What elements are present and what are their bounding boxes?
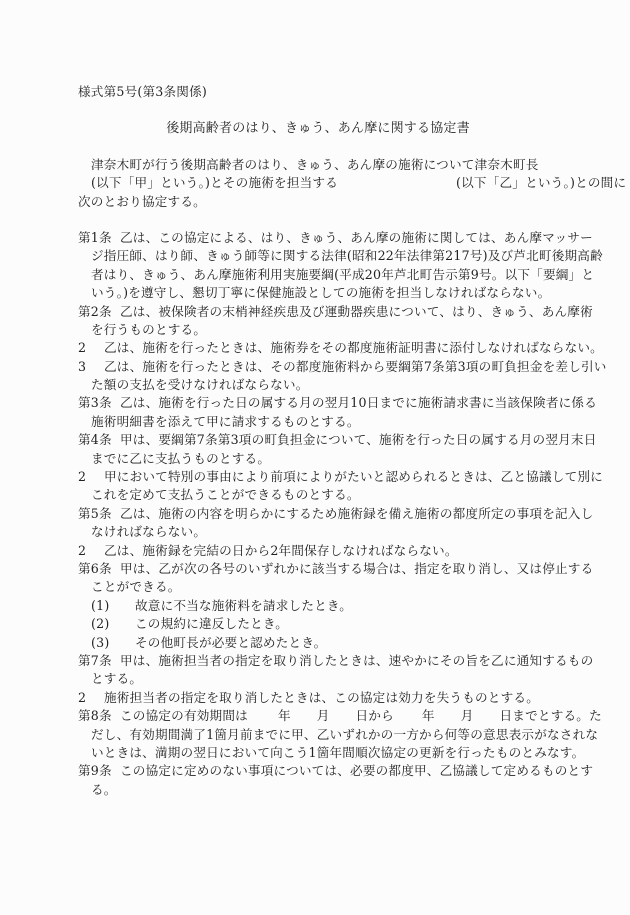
start-month-label: 月 (317, 708, 330, 723)
article-heading: 第5条 (78, 505, 120, 523)
article-text: 甲は、要綱第7条第3項の町負担金について、施術を行った日の属する月の翌月末日 (120, 432, 597, 447)
end-year-label: 年 (422, 708, 435, 723)
preamble-party-a-text: (以下「甲」という。)とその施術を担当する (91, 175, 338, 190)
article-heading: 第3条 (78, 394, 120, 412)
paragraph-text: 施術担当者の指定を取り消したときは、この協定は効力を失うものとする。 (104, 690, 539, 705)
article-7: 第7条甲は、施術担当者の指定を取り消したときは、速やかにその旨を乙に通知するもの… (78, 652, 556, 707)
agreement-document: 様式第5号(第3条関係) 後期高齢者のはり、きゅう、あん摩に関する協定書 津奈木… (78, 83, 556, 799)
article-3: 第3条乙は、施術を行った日の属する月の翌月10日までに施術請求書に当該保険者に係… (78, 394, 556, 431)
start-day-label: 日から (356, 708, 394, 723)
article-heading: 第7条 (78, 652, 120, 670)
paragraph-2: 2施術担当者の指定を取り消したときは、この協定は効力を失うものとする。 (78, 689, 556, 707)
preamble-line-1: 津奈木町が行う後期高齢者のはり、きゅう、あん摩の施術について津奈木町長 (78, 156, 556, 174)
paragraph-3: 3乙は、施術を行ったときは、その都度施術料から要綱第7条第3項の町負担金を差し引… (78, 358, 556, 376)
article-9: 第9条この協定に定めのない事項については、必要の都度甲、乙協議して定めるものとす… (78, 762, 556, 799)
paragraph-text: 乙は、施術録を完結の日から2年間保存しなければならない。 (104, 543, 458, 558)
article-heading: 第4条 (78, 431, 120, 449)
list-item-3: (3)その他町長が必要と認めたとき。 (78, 634, 556, 652)
document-title: 後期高齢者のはり、きゅう、あん摩に関する協定書 (78, 120, 556, 138)
paragraph-number: 2 (78, 542, 104, 560)
list-item-1: (1)故意に不当な施術料を請求したとき。 (78, 597, 556, 615)
article-5: 第5条乙は、施術の内容を明らかにするため施術録を備え施術の都度所定の事項を記入し… (78, 505, 556, 560)
paragraph-text: 甲において特別の事由により前項によりがたいと認められるときは、乙と協議して別に (104, 469, 603, 484)
article-text: を行うものとする。 (78, 321, 556, 339)
item-text: 故意に不当な施術料を請求したとき。 (135, 598, 352, 613)
paragraph-2: 2乙は、施術録を完結の日から2年間保存しなければならない。 (78, 542, 556, 560)
list-item-2: (2)この規約に違反したとき。 (78, 615, 556, 633)
article-text: 乙は、被保険者の末梢神経疾患及び運動器疾患について、はり、きゅう、あん摩術 (120, 304, 593, 319)
article-1: 第1条乙は、この協定による、はり、きゅう、あん摩の施術に関しては、あん摩マッサー… (78, 229, 556, 303)
end-month-label: 月 (461, 708, 474, 723)
article-text: なければならない。 (78, 523, 556, 541)
article-text: とする。 (78, 670, 556, 688)
item-number: (3) (91, 634, 135, 652)
paragraph-text: 乙は、施術を行ったときは、施術券をその都度施術証明書に添付しなければならない。 (104, 340, 603, 355)
article-text: 甲は、施術担当者の指定を取り消したときは、速やかにその旨を乙に通知するもの (120, 653, 593, 668)
paragraph-number: 3 (78, 358, 104, 376)
paragraph-number: 2 (78, 468, 104, 486)
article-heading: 第2条 (78, 303, 120, 321)
article-text: ことができる。 (78, 578, 556, 596)
paragraph-number: 2 (78, 339, 104, 357)
paragraph-number: 2 (78, 689, 104, 707)
paragraph-text: これを定めて支払うことができるものとする。 (78, 486, 556, 504)
article-heading: 第8条 (78, 707, 120, 725)
article-text: 者はり、きゅう、あん摩施術利用実施要綱(平成20年芦北町告示第9号。以下「要綱」… (78, 266, 556, 284)
article-6: 第6条甲は、乙が次の各号のいずれかに該当する場合は、指定を取り消し、又は停止する… (78, 560, 556, 652)
article-text: 乙は、施術を行った日の属する月の翌月10日までに施術請求書に当該保険者に係る (120, 395, 597, 410)
paragraph-2: 2乙は、施術を行ったときは、施術券をその都度施術証明書に添付しなければならない。 (78, 339, 556, 357)
item-number: (1) (91, 597, 135, 615)
article-text: いう。)を遵守し、懇切丁寧に保健施設としての施術を担当しなければならない。 (78, 284, 556, 302)
preamble: 津奈木町が行う後期高齢者のはり、きゅう、あん摩の施術について津奈木町長 (以下「… (78, 156, 556, 211)
preamble-line-2: (以下「甲」という。)とその施術を担当する(以下「乙」という。)との間に (78, 174, 556, 192)
article-text: 甲は、乙が次の各号のいずれかに該当する場合は、指定を取り消し、又は停止する (120, 561, 593, 576)
item-text: この規約に違反したとき。 (135, 616, 288, 631)
article-text: 乙は、施術の内容を明らかにするため施術録を備え施術の都度所定の事項を記入し (120, 506, 593, 521)
preamble-line-3: 次のとおり協定する。 (78, 193, 556, 211)
paragraph-text: た額の支払を受けなければならない。 (78, 376, 556, 394)
item-text: その他町長が必要と認めたとき。 (135, 635, 326, 650)
article-text: いときは、満期の翌日において向こう1箇年間順次協定の更新を行ったものとみなす。 (78, 744, 556, 762)
paragraph-2: 2甲において特別の事由により前項によりがたいと認められるときは、乙と協議して別に (78, 468, 556, 486)
article-8: 第8条この協定の有効期間は年月日から年月日までとする。た だし、有効期間満了1箇… (78, 707, 556, 762)
form-number: 様式第5号(第3条関係) (78, 83, 556, 101)
validity-period-prefix: この協定の有効期間は (120, 708, 248, 723)
article-heading: 第9条 (78, 762, 120, 780)
item-number: (2) (91, 615, 135, 633)
paragraph-text: 乙は、施術を行ったときは、その都度施術料から要綱第7条第3項の町負担金を差し引い (104, 359, 607, 374)
end-day-label: 日までとする。た (500, 708, 602, 723)
article-text: だし、有効期間満了1箇月前までに甲、乙いずれかの一方から何等の意思表示がなされな (78, 726, 556, 744)
article-text: この協定に定めのない事項については、必要の都度甲、乙協議して定めるものとす (120, 763, 593, 778)
article-heading: 第6条 (78, 560, 120, 578)
article-4: 第4条甲は、要綱第7条第3項の町負担金について、施術を行った日の属する月の翌月末… (78, 431, 556, 505)
article-2: 第2条乙は、被保険者の末梢神経疾患及び運動器疾患について、はり、きゅう、あん摩術… (78, 303, 556, 395)
start-year-label: 年 (278, 708, 291, 723)
preamble-party-b-text: (以下「乙」という。)との間に (456, 175, 626, 190)
article-heading: 第1条 (78, 229, 120, 247)
article-text: 乙は、この協定による、はり、きゅう、あん摩の施術に関しては、あん摩マッサー (120, 230, 593, 245)
article-text: 施術明細書を添えて甲に請求するものとする。 (78, 413, 556, 431)
article-text: までに乙に支払うものとする。 (78, 450, 556, 468)
article-text: ジ指圧師、はり師、きゅう師等に関する法律(昭和22年法律第217号)及び芦北町後… (78, 247, 556, 265)
article-text: る。 (78, 781, 556, 799)
